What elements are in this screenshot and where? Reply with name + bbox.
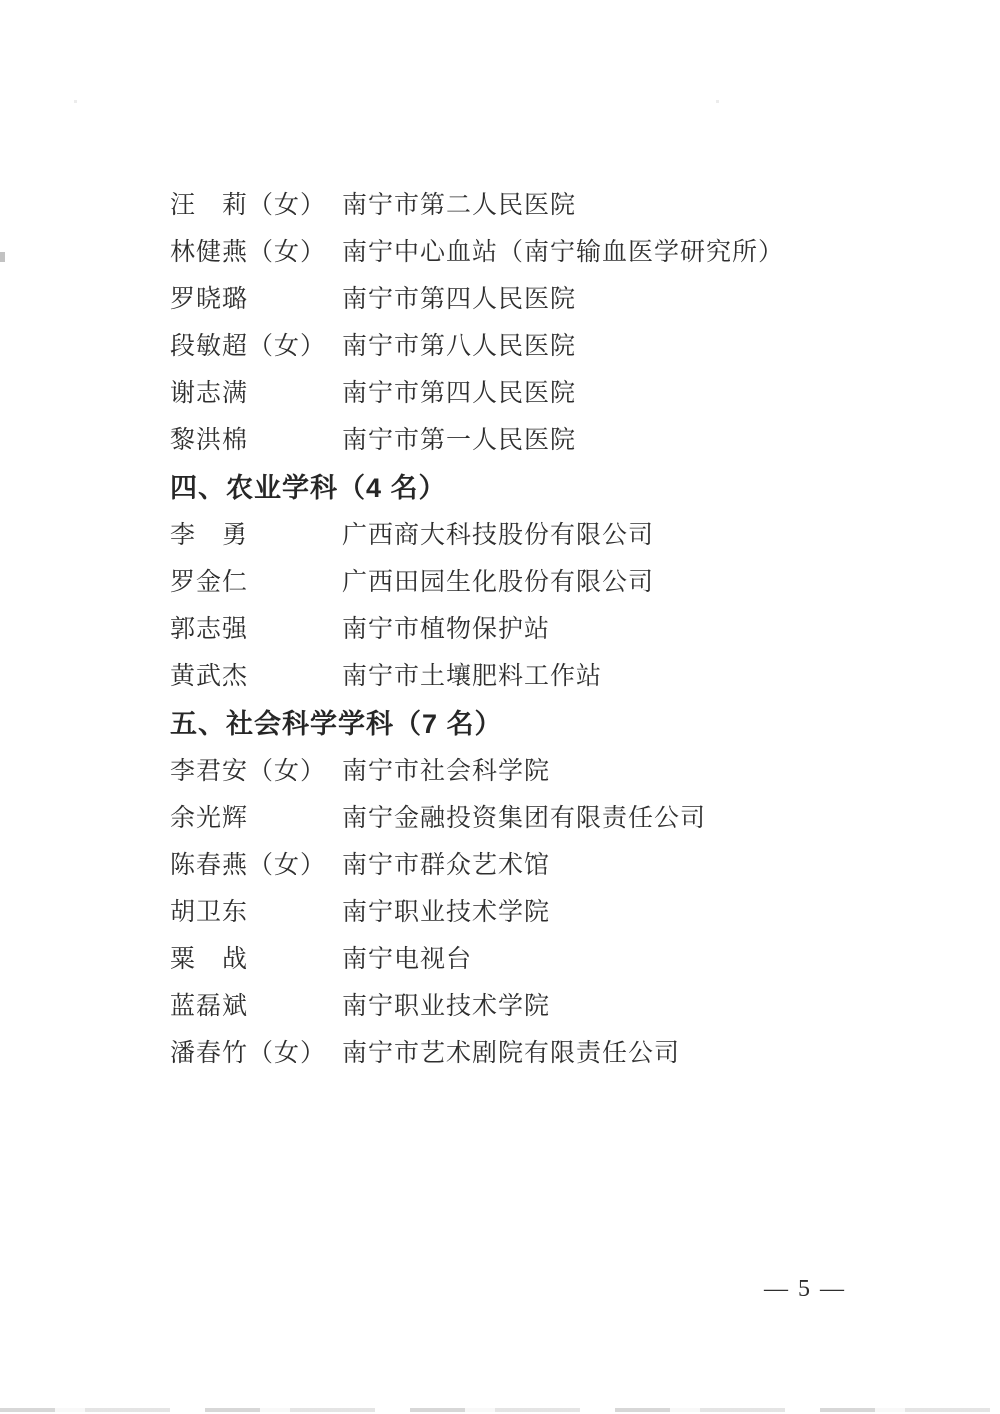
roster-row: 罗金仁广西田园生化股份有限公司 bbox=[170, 559, 880, 606]
person-name: 郭志强 bbox=[170, 606, 342, 653]
person-name: 李君安（女） bbox=[170, 748, 342, 795]
person-organization: 南宁电视台 bbox=[342, 936, 880, 983]
roster-row: 林健燕（女）南宁中心血站（南宁输血医学研究所） bbox=[170, 229, 880, 276]
person-organization: 南宁市土壤肥料工作站 bbox=[342, 653, 880, 700]
scan-artifact bbox=[716, 100, 719, 103]
person-name: 余光辉 bbox=[170, 795, 342, 842]
roster-row: 潘春竹（女）南宁市艺术剧院有限责任公司 bbox=[170, 1030, 880, 1077]
roster-row: 陈春燕（女）南宁市群众艺术馆 bbox=[170, 842, 880, 889]
person-organization: 南宁市艺术剧院有限责任公司 bbox=[342, 1030, 880, 1077]
roster-row: 黄武杰南宁市土壤肥料工作站 bbox=[170, 653, 880, 700]
person-organization: 南宁金融投资集团有限责任公司 bbox=[342, 795, 880, 842]
scan-edge-artifact bbox=[0, 1408, 1000, 1412]
person-name: 段敏超（女） bbox=[170, 323, 342, 370]
person-organization: 南宁市第一人民医院 bbox=[342, 417, 880, 464]
person-name: 粟 战 bbox=[170, 936, 342, 983]
person-organization: 南宁中心血站（南宁输血医学研究所） bbox=[342, 229, 880, 276]
person-name: 李 勇 bbox=[170, 512, 342, 559]
person-organization: 南宁市第八人民医院 bbox=[342, 323, 880, 370]
roster-row: 李君安（女）南宁市社会科学院 bbox=[170, 748, 880, 795]
person-name: 罗金仁 bbox=[170, 559, 342, 606]
roster-list: 汪 莉（女）南宁市第二人民医院林健燕（女）南宁中心血站（南宁输血医学研究所）罗晓… bbox=[170, 182, 880, 1077]
person-organization: 广西商大科技股份有限公司 bbox=[342, 512, 880, 559]
person-name: 陈春燕（女） bbox=[170, 842, 342, 889]
person-name: 黄武杰 bbox=[170, 653, 342, 700]
section-heading-social-science: 五、社会科学学科（7 名） bbox=[170, 700, 880, 748]
roster-row: 黎洪棉南宁市第一人民医院 bbox=[170, 417, 880, 464]
roster-row: 郭志强南宁市植物保护站 bbox=[170, 606, 880, 653]
person-organization: 南宁市第四人民医院 bbox=[342, 276, 880, 323]
person-name: 潘春竹（女） bbox=[170, 1030, 342, 1077]
person-name: 胡卫东 bbox=[170, 889, 342, 936]
roster-row: 李 勇广西商大科技股份有限公司 bbox=[170, 512, 880, 559]
roster-row: 蓝磊斌南宁职业技术学院 bbox=[170, 983, 880, 1030]
roster-row: 罗晓璐南宁市第四人民医院 bbox=[170, 276, 880, 323]
person-organization: 南宁市群众艺术馆 bbox=[342, 842, 880, 889]
person-organization: 广西田园生化股份有限公司 bbox=[342, 559, 880, 606]
person-name: 谢志满 bbox=[170, 370, 342, 417]
roster-row: 谢志满南宁市第四人民医院 bbox=[170, 370, 880, 417]
person-organization: 南宁市社会科学院 bbox=[342, 748, 880, 795]
roster-row: 余光辉南宁金融投资集团有限责任公司 bbox=[170, 795, 880, 842]
person-name: 汪 莉（女） bbox=[170, 182, 342, 229]
roster-row: 胡卫东南宁职业技术学院 bbox=[170, 889, 880, 936]
person-organization: 南宁市第二人民医院 bbox=[342, 182, 880, 229]
person-organization: 南宁职业技术学院 bbox=[342, 889, 880, 936]
person-organization: 南宁职业技术学院 bbox=[342, 983, 880, 1030]
roster-row: 汪 莉（女）南宁市第二人民医院 bbox=[170, 182, 880, 229]
document-page: 汪 莉（女）南宁市第二人民医院林健燕（女）南宁中心血站（南宁输血医学研究所）罗晓… bbox=[0, 0, 1000, 1414]
page-number: — 5 — bbox=[764, 1276, 846, 1303]
person-name: 林健燕（女） bbox=[170, 229, 342, 276]
person-organization: 南宁市第四人民医院 bbox=[342, 370, 880, 417]
section-heading-agriculture: 四、农业学科（4 名） bbox=[170, 464, 880, 512]
scan-artifact bbox=[74, 100, 77, 103]
scan-artifact bbox=[0, 252, 5, 262]
roster-row: 粟 战南宁电视台 bbox=[170, 936, 880, 983]
person-name: 黎洪棉 bbox=[170, 417, 342, 464]
person-name: 蓝磊斌 bbox=[170, 983, 342, 1030]
roster-row: 段敏超（女）南宁市第八人民医院 bbox=[170, 323, 880, 370]
person-organization: 南宁市植物保护站 bbox=[342, 606, 880, 653]
person-name: 罗晓璐 bbox=[170, 276, 342, 323]
